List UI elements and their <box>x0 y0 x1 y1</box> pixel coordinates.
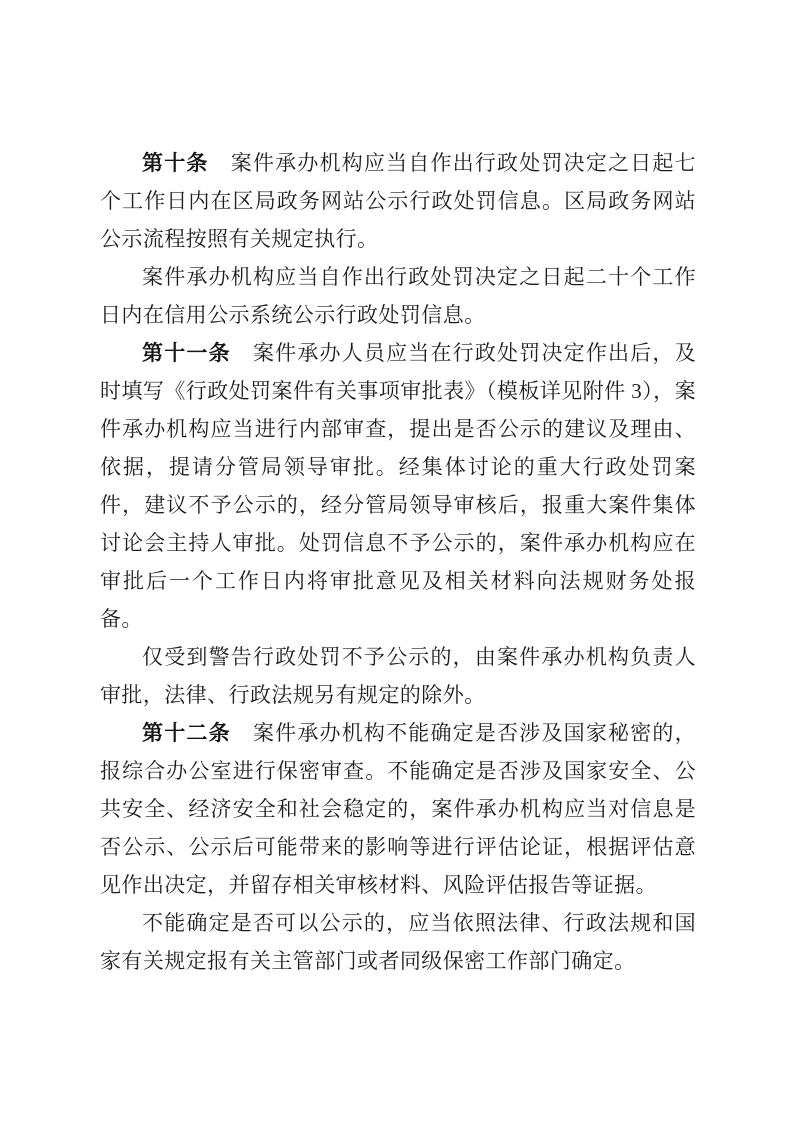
paragraph-article-11-cont: 仅受到警告行政处罚不予公示的，由案件承办机构负责人审批，法律、行政法规另有规定的… <box>100 638 696 714</box>
article-number-10: 第十条 <box>142 151 209 175</box>
paragraph-text: 不能确定是否可以公示的，应当依照法律、行政法规和国家有关规定报有关主管部门或者同… <box>100 911 696 973</box>
paragraph-text: 案件承办人员应当在行政处罚决定作出后，及时填写《行政处罚案件有关事项审批表》（模… <box>100 341 696 631</box>
article-number-space <box>231 341 253 365</box>
paragraph-text: 案件承办机构不能确定是否涉及国家秘密的，报综合办公室进行保密审查。不能确定是否涉… <box>100 721 696 897</box>
paragraph-article-10: 第十条 案件承办机构应当自作出行政处罚决定之日起七个工作日内在区局政务网站公示行… <box>100 144 696 258</box>
article-number-space <box>209 151 231 175</box>
paragraph-article-12-cont: 不能确定是否可以公示的，应当依照法律、行政法规和国家有关规定报有关主管部门或者同… <box>100 904 696 980</box>
paragraph-article-10-cont: 案件承办机构应当自作出行政处罚决定之日起二十个工作日内在信用公示系统公示行政处罚… <box>100 258 696 334</box>
article-number-12: 第十二条 <box>142 721 231 745</box>
paragraph-article-12: 第十二条 案件承办机构不能确定是否涉及国家秘密的，报综合办公室进行保密审查。不能… <box>100 714 696 904</box>
article-number-11: 第十一条 <box>142 341 231 365</box>
article-number-space <box>231 721 253 745</box>
paragraph-article-11: 第十一条 案件承办人员应当在行政处罚决定作出后，及时填写《行政处罚案件有关事项审… <box>100 334 696 638</box>
document-page: 第十条 案件承办机构应当自作出行政处罚决定之日起七个工作日内在区局政务网站公示行… <box>0 0 793 1121</box>
paragraph-text: 案件承办机构应当自作出行政处罚决定之日起二十个工作日内在信用公示系统公示行政处罚… <box>100 265 696 327</box>
paragraph-text: 仅受到警告行政处罚不予公示的，由案件承办机构负责人审批，法律、行政法规另有规定的… <box>100 645 696 707</box>
document-text-block: 第十条 案件承办机构应当自作出行政处罚决定之日起七个工作日内在区局政务网站公示行… <box>100 144 696 980</box>
